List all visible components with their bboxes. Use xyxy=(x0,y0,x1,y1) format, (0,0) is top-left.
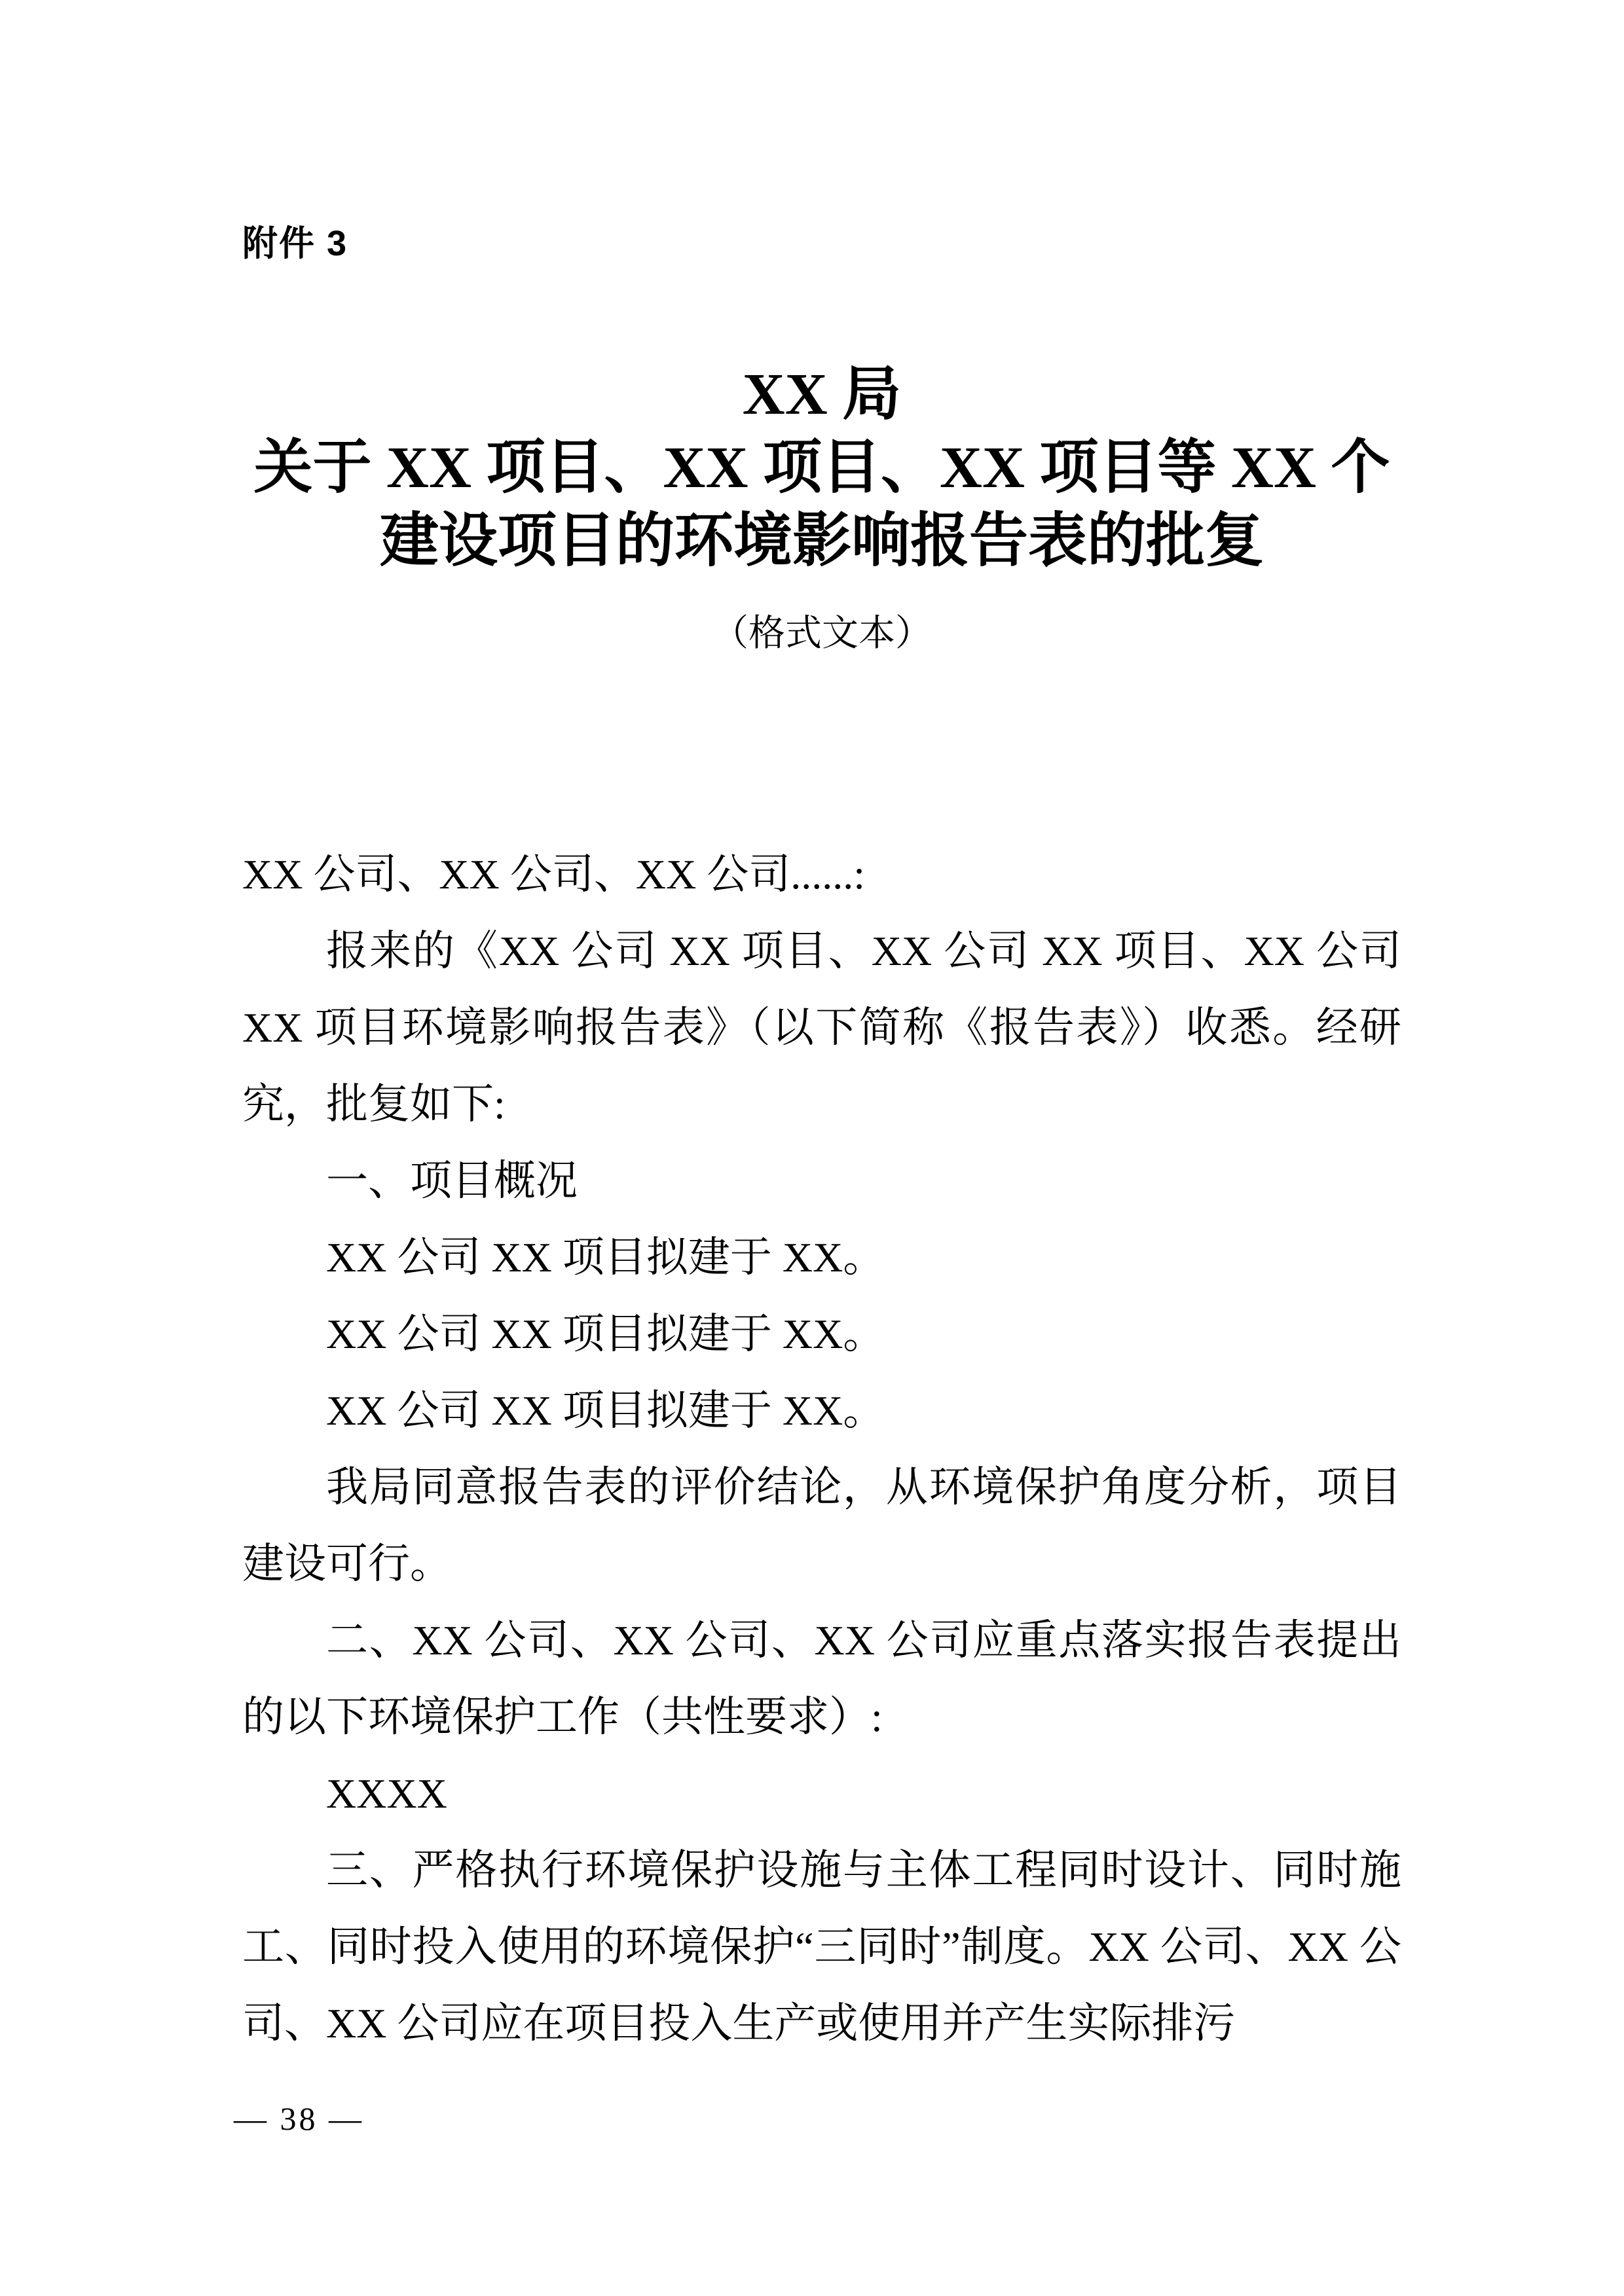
body-paragraphs: 报来的《XX 公司 XX 项目、XX 公司 XX 项目、XX 公司 XX 项目环… xyxy=(242,913,1401,2062)
title-line-3: 建设项目的环境影响报告表的批复 xyxy=(242,505,1401,578)
attachment-label: 附件 3 xyxy=(242,225,1401,263)
body-paragraph: XX 公司 XX 项目拟建于 XX。 xyxy=(242,1219,1401,1296)
page-number: — 38 — xyxy=(234,2100,364,2137)
document-page: 附件 3 XX 局 关于 XX 项目、XX 项目、XX 项目等 XX 个 建设项… xyxy=(0,0,1624,2296)
body-paragraph: 一、项目概况 xyxy=(242,1142,1401,1219)
body-paragraph: 二、XX 公司、XX 公司、XX 公司应重点落实报告表提出的以下环境保护工作（共… xyxy=(242,1602,1401,1755)
title-line-1: XX 局 xyxy=(242,358,1401,431)
title-line-2: 关于 XX 项目、XX 项目、XX 项目等 XX 个 xyxy=(242,431,1401,505)
salutation-line: XX 公司、XX 公司、XX 公司......: xyxy=(242,836,1401,913)
body-paragraph: XX 公司 XX 项目拟建于 XX。 xyxy=(242,1296,1401,1372)
body-paragraph: 我局同意报告表的评价结论，从环境保护角度分析，项目建设可行。 xyxy=(242,1449,1401,1602)
document-title: XX 局 关于 XX 项目、XX 项目、XX 项目等 XX 个 建设项目的环境影… xyxy=(242,358,1401,578)
body-paragraph: 报来的《XX 公司 XX 项目、XX 公司 XX 项目、XX 公司 XX 项目环… xyxy=(242,913,1401,1142)
document-subtitle: （格式文本） xyxy=(242,612,1401,655)
body-paragraph: XX 公司 XX 项目拟建于 XX。 xyxy=(242,1372,1401,1449)
body-paragraph: 三、严格执行环境保护设施与主体工程同时设计、同时施工、同时投入使用的环境保护“三… xyxy=(242,1832,1401,2062)
body-paragraph: XXXX xyxy=(242,1755,1401,1832)
document-content: 附件 3 XX 局 关于 XX 项目、XX 项目、XX 项目等 XX 个 建设项… xyxy=(242,225,1401,2062)
document-body: XX 公司、XX 公司、XX 公司......: 报来的《XX 公司 XX 项目… xyxy=(242,836,1401,2062)
